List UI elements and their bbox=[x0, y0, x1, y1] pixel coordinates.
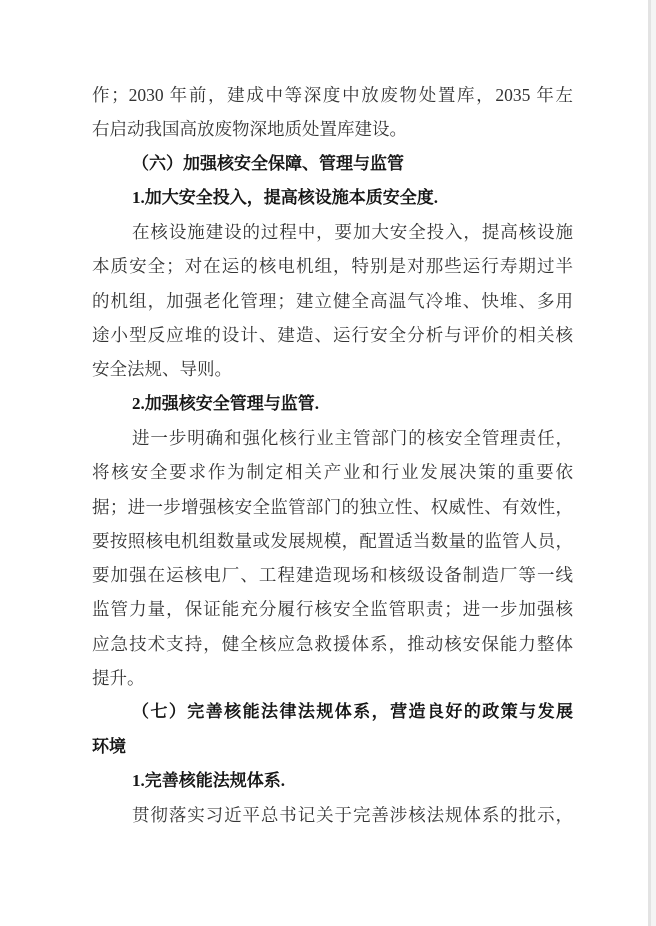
text-line: 作；2030 年前，建成中等深度中放废物处置库，2035 年左 bbox=[92, 78, 573, 112]
text-line: 右启动我国高放废物深地质处置库建设。 bbox=[92, 112, 573, 146]
heading-line: 环境 bbox=[92, 730, 573, 764]
text-line: 在核设施建设的过程中，要加大安全投入，提高核设施 bbox=[92, 215, 573, 249]
text-line: 贯彻落实习近平总书记关于完善涉核法规体系的批示， bbox=[92, 798, 573, 832]
text-line: 途小型反应堆的设计、建造、运行安全分析与评价的相关核 bbox=[92, 318, 573, 352]
heading-line: （七）完善核能法律法规体系，营造良好的政策与发展 bbox=[92, 695, 573, 729]
text-line: 要按照核电机组数量或发展规模，配置适当数量的监管人员， bbox=[92, 524, 573, 558]
heading-line: （六）加强核安全保障、管理与监管 bbox=[92, 147, 573, 181]
text-line: 要加强在运核电厂、工程建造现场和核级设备制造厂等一线 bbox=[92, 558, 573, 592]
text-line: 提升。 bbox=[92, 661, 573, 695]
text-line: 将核安全要求作为制定相关产业和行业发展决策的重要依 bbox=[92, 455, 573, 489]
heading-line: 1.加大安全投入，提高核设施本质安全度. bbox=[92, 181, 573, 215]
text-line: 监管力量，保证能充分履行核安全监管职责；进一步加强核 bbox=[92, 592, 573, 626]
text-line: 的机组，加强老化管理；建立健全高温气冷堆、快堆、多用 bbox=[92, 284, 573, 318]
document-page: 作；2030 年前，建成中等深度中放废物处置库，2035 年左右启动我国高放废物… bbox=[0, 0, 656, 926]
text-line: 进一步明确和强化核行业主管部门的核安全管理责任， bbox=[92, 421, 573, 455]
heading-line: 1.完善核能法规体系. bbox=[92, 764, 573, 798]
text-line: 安全法规、导则。 bbox=[92, 352, 573, 386]
text-line: 本质安全；对在运的核电机组，特别是对那些运行寿期过半 bbox=[92, 249, 573, 283]
heading-line: 2.加强核安全管理与监管. bbox=[92, 387, 573, 421]
text-line: 据；进一步增强核安全监管部门的独立性、权威性、有效性， bbox=[92, 490, 573, 524]
page-edge bbox=[648, 0, 656, 926]
text-line: 应急技术支持，健全核应急救援体系，推动核安保能力整体 bbox=[92, 627, 573, 661]
document-body: 作；2030 年前，建成中等深度中放废物处置库，2035 年左右启动我国高放废物… bbox=[92, 78, 573, 833]
